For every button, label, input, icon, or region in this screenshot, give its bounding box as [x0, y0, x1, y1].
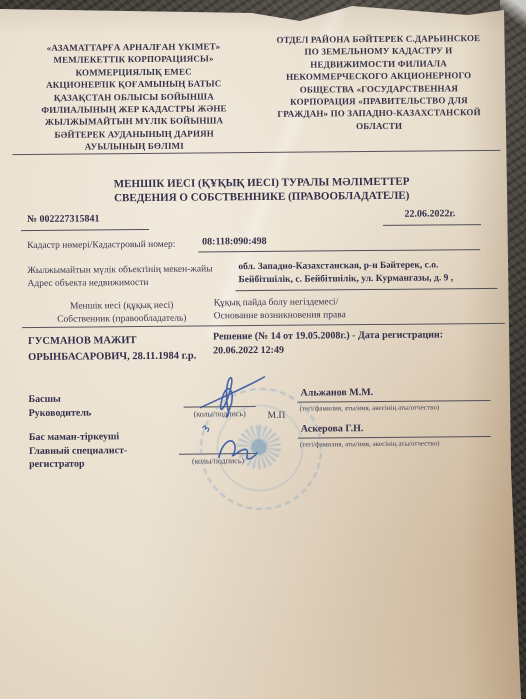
handwritten-signatures-ink [188, 362, 319, 473]
address-underline [236, 288, 498, 291]
role-head: Басшы Руководитель [28, 392, 91, 420]
document-title: МЕНШІК ИЕСІ (ҚҰҚЫҚ ИЕСІ) ТУРАЛЫ МӘЛІМЕТТ… [62, 174, 462, 205]
address-label: Жылжымайтын мүлік объектінің мекен-жайы … [27, 263, 212, 291]
signer-name-1-underline [298, 400, 491, 403]
signer-caption-1: (тегі/фамилия, аты/имя, әкесінің аты/отч… [300, 403, 440, 412]
issuer-block-kazakh: «АЗАМАТТАРҒА АРНАЛҒАН ҮКІМЕТ» МЕМЛЕКЕТТІ… [13, 40, 254, 154]
signer-name-2-underline [298, 436, 491, 439]
stray-ink-mark [203, 426, 209, 432]
signature-2-stroke [219, 441, 257, 460]
paper-sheet: «АЗАМАТТАРҒА АРНАЛҒАН ҮКІМЕТ» МЕМЛЕКЕТТІ… [0, 0, 526, 699]
cadastre-value: 08:118:090:498 [202, 236, 267, 248]
document-number-underline [21, 229, 149, 231]
document-date: 22.06.2022г. [387, 208, 473, 220]
owner-name: ГУСМАНОВ МАЖИТ ОРЫНБАСАРОВИЧ, 28.11.1984… [28, 333, 196, 365]
address-value-line2: Бейбітшілік, с. Бейбітшілік, ул. Курманг… [238, 273, 453, 285]
role-registrar: Бас маман-тіркеуші Главный специалист- р… [29, 430, 128, 471]
basis-column-header: Құқық пайда болу негіздемесі/ Основание … [214, 296, 346, 323]
owner-column-header: Меншік иесі (құқық иесі) Собственник (пр… [40, 299, 204, 326]
basis-value: Решение (№ 14 от 19.05.2008г.) - Дата ре… [213, 328, 443, 358]
document-photo: «АЗАМАТТАРҒА АРНАЛҒАН ҮКІМЕТ» МЕМЛЕКЕТТІ… [0, 0, 526, 699]
document-content: «АЗАМАТТАРҒА АРНАЛҒАН ҮКІМЕТ» МЕМЛЕКЕТТІ… [0, 0, 526, 699]
document-number: № 002227315841 [27, 213, 100, 225]
cadastre-label: Кадастр нөмері/Кадастровый номер: [27, 239, 175, 253]
issuer-block-russian: ОТДЕЛ РАЙОНА БӘЙТЕРЕК С.ДАРЬИНСКОЕ ПО ЗЕ… [255, 32, 502, 133]
address-value-line1: обл. Западно-Казахстанская, р-н Бәйтерек… [238, 260, 438, 272]
cadastre-underline [198, 249, 480, 252]
document-date-underline [383, 224, 481, 226]
